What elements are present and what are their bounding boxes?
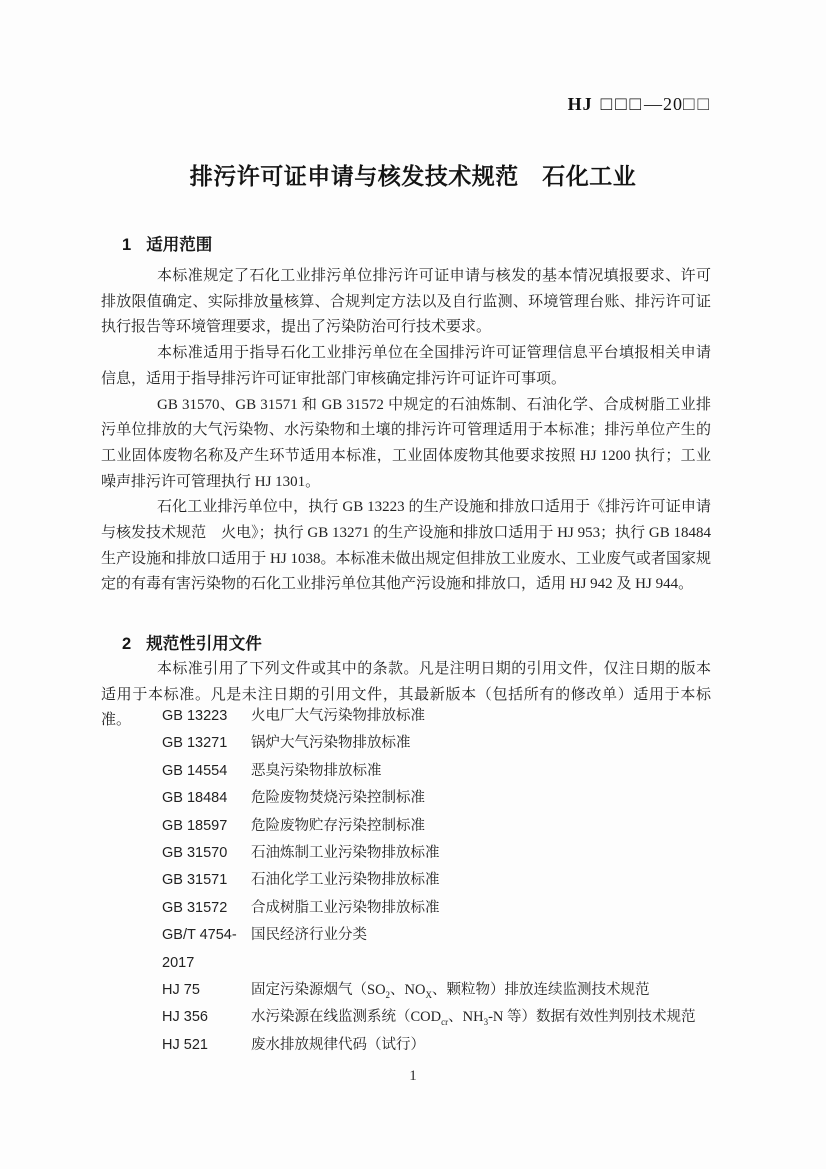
reference-row: GB 18484 危险废物焚烧污染控制标准: [162, 785, 774, 812]
reference-title: 国民经济行业分类: [251, 922, 367, 949]
reference-title: 火电厂大气污染物排放标准: [251, 703, 425, 730]
section1-title: 适用范围: [146, 236, 212, 254]
reference-code: GB 31572: [162, 895, 251, 922]
section2-heading: 2规范性引用文件: [122, 630, 262, 654]
reference-code: GB 13223: [162, 703, 251, 730]
section2-title: 规范性引用文件: [146, 635, 262, 653]
reference-code: GB/T 4754-2017: [162, 922, 251, 977]
reference-row: HJ 75 固定污染源烟气（SO2、NOX、颗粒物）排放连续监测技术规范: [162, 977, 774, 1004]
reference-title: 废水排放规律代码（试行）: [251, 1032, 425, 1059]
reference-row: GB 14554 恶臭污染物排放标准: [162, 758, 774, 785]
reference-title: 危险废物焚烧污染控制标准: [251, 785, 425, 812]
document-code: HJ□□□—20□□: [0, 94, 826, 116]
document-title: 排污许可证申请与核发技术规范 石化工业: [0, 158, 826, 191]
document-page: HJ□□□—20□□ 排污许可证申请与核发技术规范 石化工业 1适用范围 本标准…: [0, 0, 826, 1169]
reference-code: HJ 521: [162, 1032, 251, 1059]
reference-title: 危险废物贮存污染控制标准: [251, 813, 425, 840]
reference-title: 水污染源在线监测系统（CODcr、NH3-N 等）数据有效性判别技术规范: [251, 1004, 696, 1031]
reference-code: GB 13271: [162, 730, 251, 757]
reference-code: GB 31571: [162, 867, 251, 894]
reference-title: 恶臭污染物排放标准: [251, 758, 382, 785]
paragraph: 本标准适用于指导石化工业排污单位在全国排污许可证管理信息平台填报相关申请信息，适…: [101, 341, 711, 392]
paragraph: 石化工业排污单位中，执行 GB 13223 的生产设施和排放口适用于《排污许可证…: [101, 495, 711, 598]
paragraph: 本标准规定了石化工业排污单位排污许可证申请与核发的基本情况填报要求、许可排放限值…: [101, 264, 711, 341]
section1-heading: 1适用范围: [122, 231, 212, 255]
reference-title: 合成树脂工业污染物排放标准: [251, 895, 440, 922]
reference-code: GB 14554: [162, 758, 251, 785]
reference-row: GB 31571 石油化学工业污染物排放标准: [162, 867, 774, 894]
reference-row: GB 18597 危险废物贮存污染控制标准: [162, 813, 774, 840]
paragraph: GB 31570、GB 31571 和 GB 31572 中规定的石油炼制、石油…: [101, 393, 711, 496]
reference-row: GB 31570 石油炼制工业污染物排放标准: [162, 840, 774, 867]
reference-code: GB 18597: [162, 813, 251, 840]
code-year: —20: [644, 94, 683, 114]
section2-number: 2: [122, 635, 131, 654]
reference-code: HJ 75: [162, 977, 251, 1004]
reference-row: HJ 521 废水排放规律代码（试行）: [162, 1032, 774, 1059]
reference-code: GB 18484: [162, 785, 251, 812]
reference-row: GB 31572 合成树脂工业污染物排放标准: [162, 895, 774, 922]
section1-number: 1: [122, 236, 131, 255]
reference-row: GB/T 4754-2017 国民经济行业分类: [162, 922, 774, 977]
reference-title: 石油化学工业污染物排放标准: [251, 867, 440, 894]
reference-title: 固定污染源烟气（SO2、NOX、颗粒物）排放连续监测技术规范: [251, 977, 650, 1004]
reference-row: HJ 356 水污染源在线监测系统（CODcr、NH3-N 等）数据有效性判别技…: [162, 1004, 774, 1031]
reference-code: GB 31570: [162, 840, 251, 867]
reference-row: GB 13271 锅炉大气污染物排放标准: [162, 730, 774, 757]
code-year-boxes: □□: [683, 94, 712, 115]
reference-title: 锅炉大气污染物排放标准: [251, 730, 411, 757]
reference-row: GB 13223 火电厂大气污染物排放标准: [162, 703, 774, 730]
reference-code: HJ 356: [162, 1004, 251, 1031]
code-number-boxes: □□□: [601, 94, 644, 115]
code-prefix: HJ: [568, 94, 593, 114]
reference-list: GB 13223 火电厂大气污染物排放标准 GB 13271 锅炉大气污染物排放…: [162, 703, 774, 1059]
section1-paragraphs: 本标准规定了石化工业排污单位排污许可证申请与核发的基本情况填报要求、许可排放限值…: [101, 264, 711, 598]
reference-title: 石油炼制工业污染物排放标准: [251, 840, 440, 867]
page-number: 1: [0, 1068, 826, 1085]
